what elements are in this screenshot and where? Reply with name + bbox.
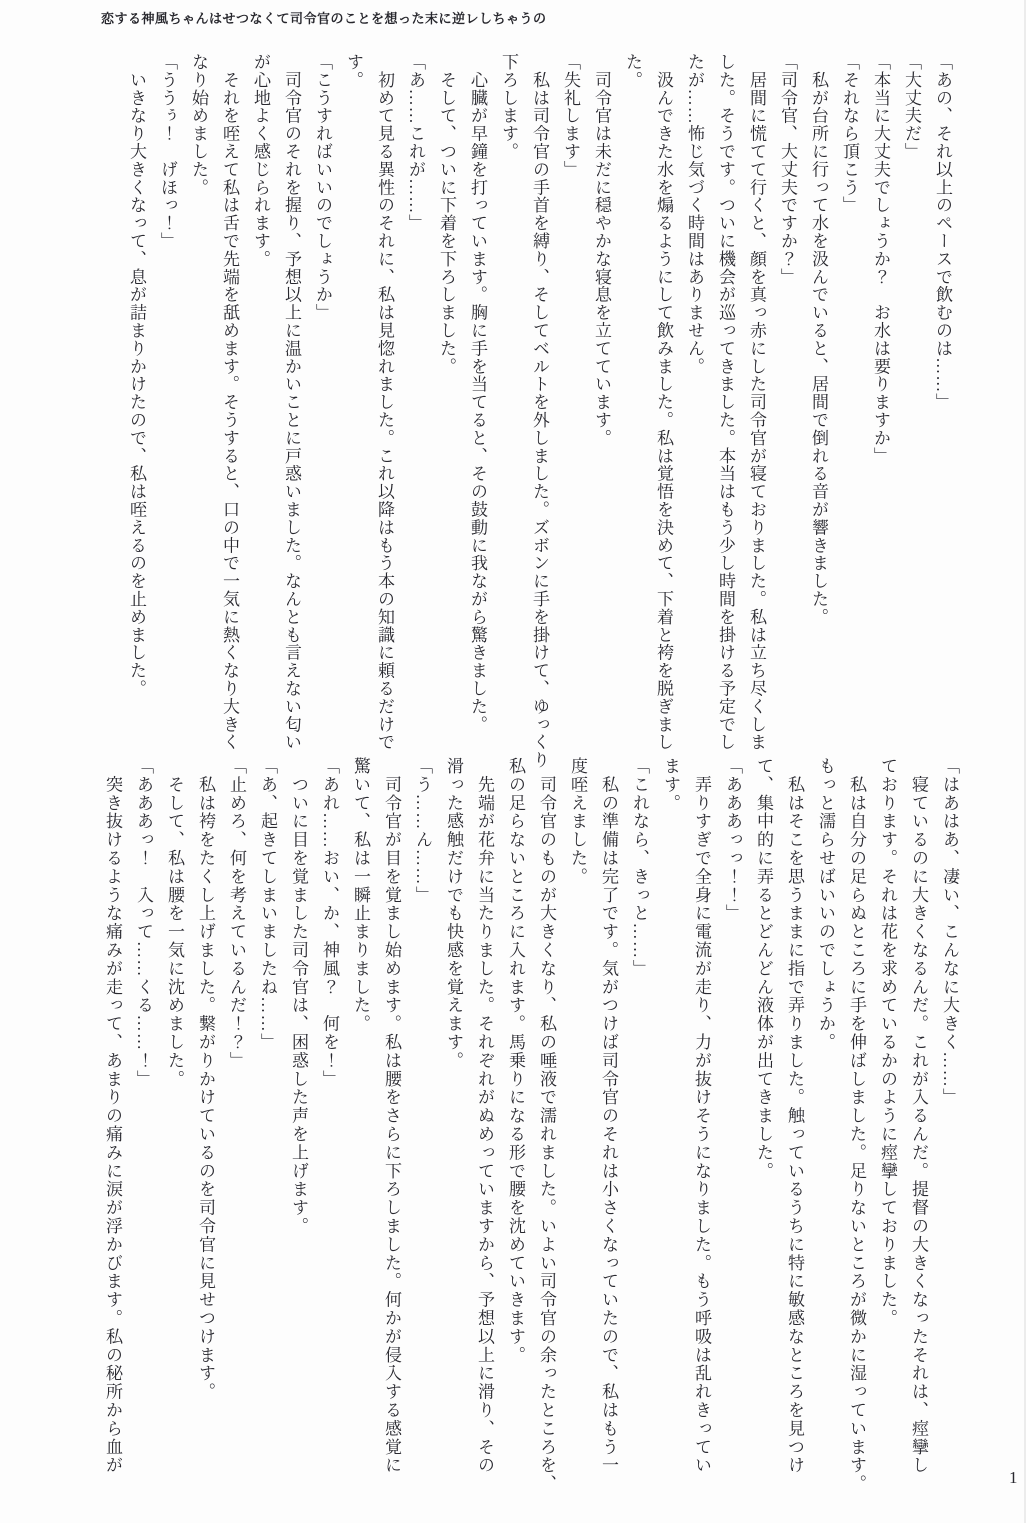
text-column: 滑った感触だけでも快感を覚えます。 <box>438 757 469 1493</box>
page-number: 1 <box>1009 1468 1018 1488</box>
text-column: 私の足らないところに入れます。馬乗りになる形で腰を沈めていきます。 <box>500 757 531 1493</box>
text-column: 初めて見る異性のそれに、私は見惚れました。これ以降はもう本の知識に頼るだけで <box>369 53 400 769</box>
text-column: 私はそこを思うままに指で弄りました。触っているうちに特に敏感なところを見つけ <box>779 757 810 1493</box>
text-column: もっと濡らせばいいのでしょうか。 <box>810 757 841 1493</box>
text-column: 司令官のものが大きくなり、私の唾液で濡れました。いよい司令官の余ったところを、 <box>531 757 562 1493</box>
text-column: 度咥えました。 <box>562 757 593 1493</box>
text-column: 私は袴をたくし上げました。繋がりかけているのを司令官に見せつけます。 <box>190 757 221 1493</box>
text-column: 「あれ……おい、か、神風？ 何を！」 <box>314 757 345 1493</box>
text-column: たが……怖じ気づく時間はありません。 <box>679 53 710 769</box>
text-column: 司令官のそれを握り、予想以上に温かいことに戸惑いました。なんとも言えない匂い <box>276 53 307 769</box>
text-column: 「あああっっ！！」 <box>717 757 748 1493</box>
text-column: 汲んできた水を煽るようにして飲みました。私は覚悟を決めて、下着と袴を脱ぎまし <box>648 53 679 769</box>
text-column: 「う……ん……」 <box>407 757 438 1493</box>
text-column: 「これなら、きっと……」 <box>624 757 655 1493</box>
text-column: 「それなら頂こう」 <box>834 53 865 769</box>
text-column: す。 <box>338 53 369 769</box>
header-title: 恋する神風ちゃんはせつなくて司令官のことを想った末に逆レしちゃうの <box>101 8 547 27</box>
text-column: 私が台所に行って水を汲んでいると、居間で倒れる音が響きました。 <box>803 53 834 769</box>
page: { "page": { "header_title": "恋する神風ちゃんはせつ… <box>0 0 1026 1523</box>
text-column: 居間に慌てて行くと、顔を真っ赤にした司令官が寝ておりました。私は立ち尽くしま <box>741 53 772 769</box>
text-column: 驚いて、私は一瞬止まりました。 <box>345 757 376 1493</box>
text-column: て、集中的に弄るとどんどん液体が出てきました。 <box>748 757 779 1493</box>
text-column: 「はあはあ、凄い、こんなに大きく……」 <box>934 757 965 1493</box>
text-column: いきなり大きくなって、息が詰まりかけたので、私は咥えるのを止めました。 <box>121 53 152 769</box>
text-column: 「あああっ！ 入って……くる……！」 <box>128 757 159 1493</box>
text-column: 「止めろ、何を考えているんだ！？」 <box>221 757 252 1493</box>
text-column: 私の準備は完了です。気がつけば司令官のそれは小さくなっていたので、私はもう一 <box>593 757 624 1493</box>
text-column: した。そうです。ついに機会が巡ってきました。本当はもう少し時間を掛ける予定でし <box>710 53 741 769</box>
text-column: 先端が花弁に当たりました。それぞれがぬめっていますから、予想以上に滑り、その <box>469 757 500 1493</box>
text-column: 「失礼します」 <box>555 53 586 769</box>
text-column: 「あの、それ以上のペースで飲むのは……」 <box>927 53 958 769</box>
text-column: 司令官が目を覚まし始めます。私は腰をさらに下ろしました。何かが侵入する感覚に <box>376 757 407 1493</box>
text-column: 「本当に大丈夫でしょうか？ お水は要りますか」 <box>865 53 896 769</box>
text-column: ます。 <box>655 757 686 1493</box>
text-column: 「ううぅ！ げほっ！」 <box>152 53 183 769</box>
text-column: 「司令官、大丈夫ですか？」 <box>772 53 803 769</box>
text-column: 下ろします。 <box>493 53 524 769</box>
text-column: が心地よく感じられます。 <box>245 53 276 769</box>
text-column: なり始めました。 <box>183 53 214 769</box>
text-column: そして、ついに下着を下ろしました。 <box>431 53 462 769</box>
text-column: 私は司令官の手首を縛り、そしてベルトを外しました。ズボンに手を掛けて、ゆっくり <box>524 53 555 769</box>
text-column: 私は自分の足らぬところに手を伸ばしました。足りないところが微かに湿っています。 <box>841 757 872 1493</box>
text-column: 心臓が早鐘を打っています。胸に手を当てると、その鼓動に我ながら驚きました。 <box>462 53 493 769</box>
text-column: 突き抜けるような痛みが走って、あまりの痛みに涙が浮かびます。私の秘所から血が <box>97 757 128 1493</box>
text-column: そして、私は腰を一気に沈めました。 <box>159 757 190 1493</box>
text-column: 「大丈夫だ」 <box>896 53 927 769</box>
text-column: それを咥えて私は舌で先端を舐めます。そうすると、口の中で一気に熱くなり大きく <box>214 53 245 769</box>
text-block-top: 「あの、それ以上のペースで飲むのは……」「大丈夫だ」「本当に大丈夫でしょうか？ … <box>121 53 958 769</box>
text-column: ております。それは花を求めているかのように痙攣しておりました。 <box>872 757 903 1493</box>
text-block-bottom: 「はあはあ、凄い、こんなに大きく……」 寝ているのに大きくなるんだ。これが入るん… <box>97 757 965 1493</box>
text-column: 弄りすぎで全身に電流が走り、力が抜けそうになりました。もう呼吸は乱れきってい <box>686 757 717 1493</box>
text-column: 「こうすればいいのでしょうか」 <box>307 53 338 769</box>
text-column: 「あ、起きてしまいましたね……」 <box>252 757 283 1493</box>
text-column: た。 <box>617 53 648 769</box>
text-column: 司令官は未だに穏やかな寝息を立てています。 <box>586 53 617 769</box>
text-column: 寝ているのに大きくなるんだ。これが入るんだ。提督の大きくなったそれは、痙攣し <box>903 757 934 1493</box>
text-column: ついに目を覚ました司令官は、困惑した声を上げます。 <box>283 757 314 1493</box>
text-column: 「あ……これが……」 <box>400 53 431 769</box>
